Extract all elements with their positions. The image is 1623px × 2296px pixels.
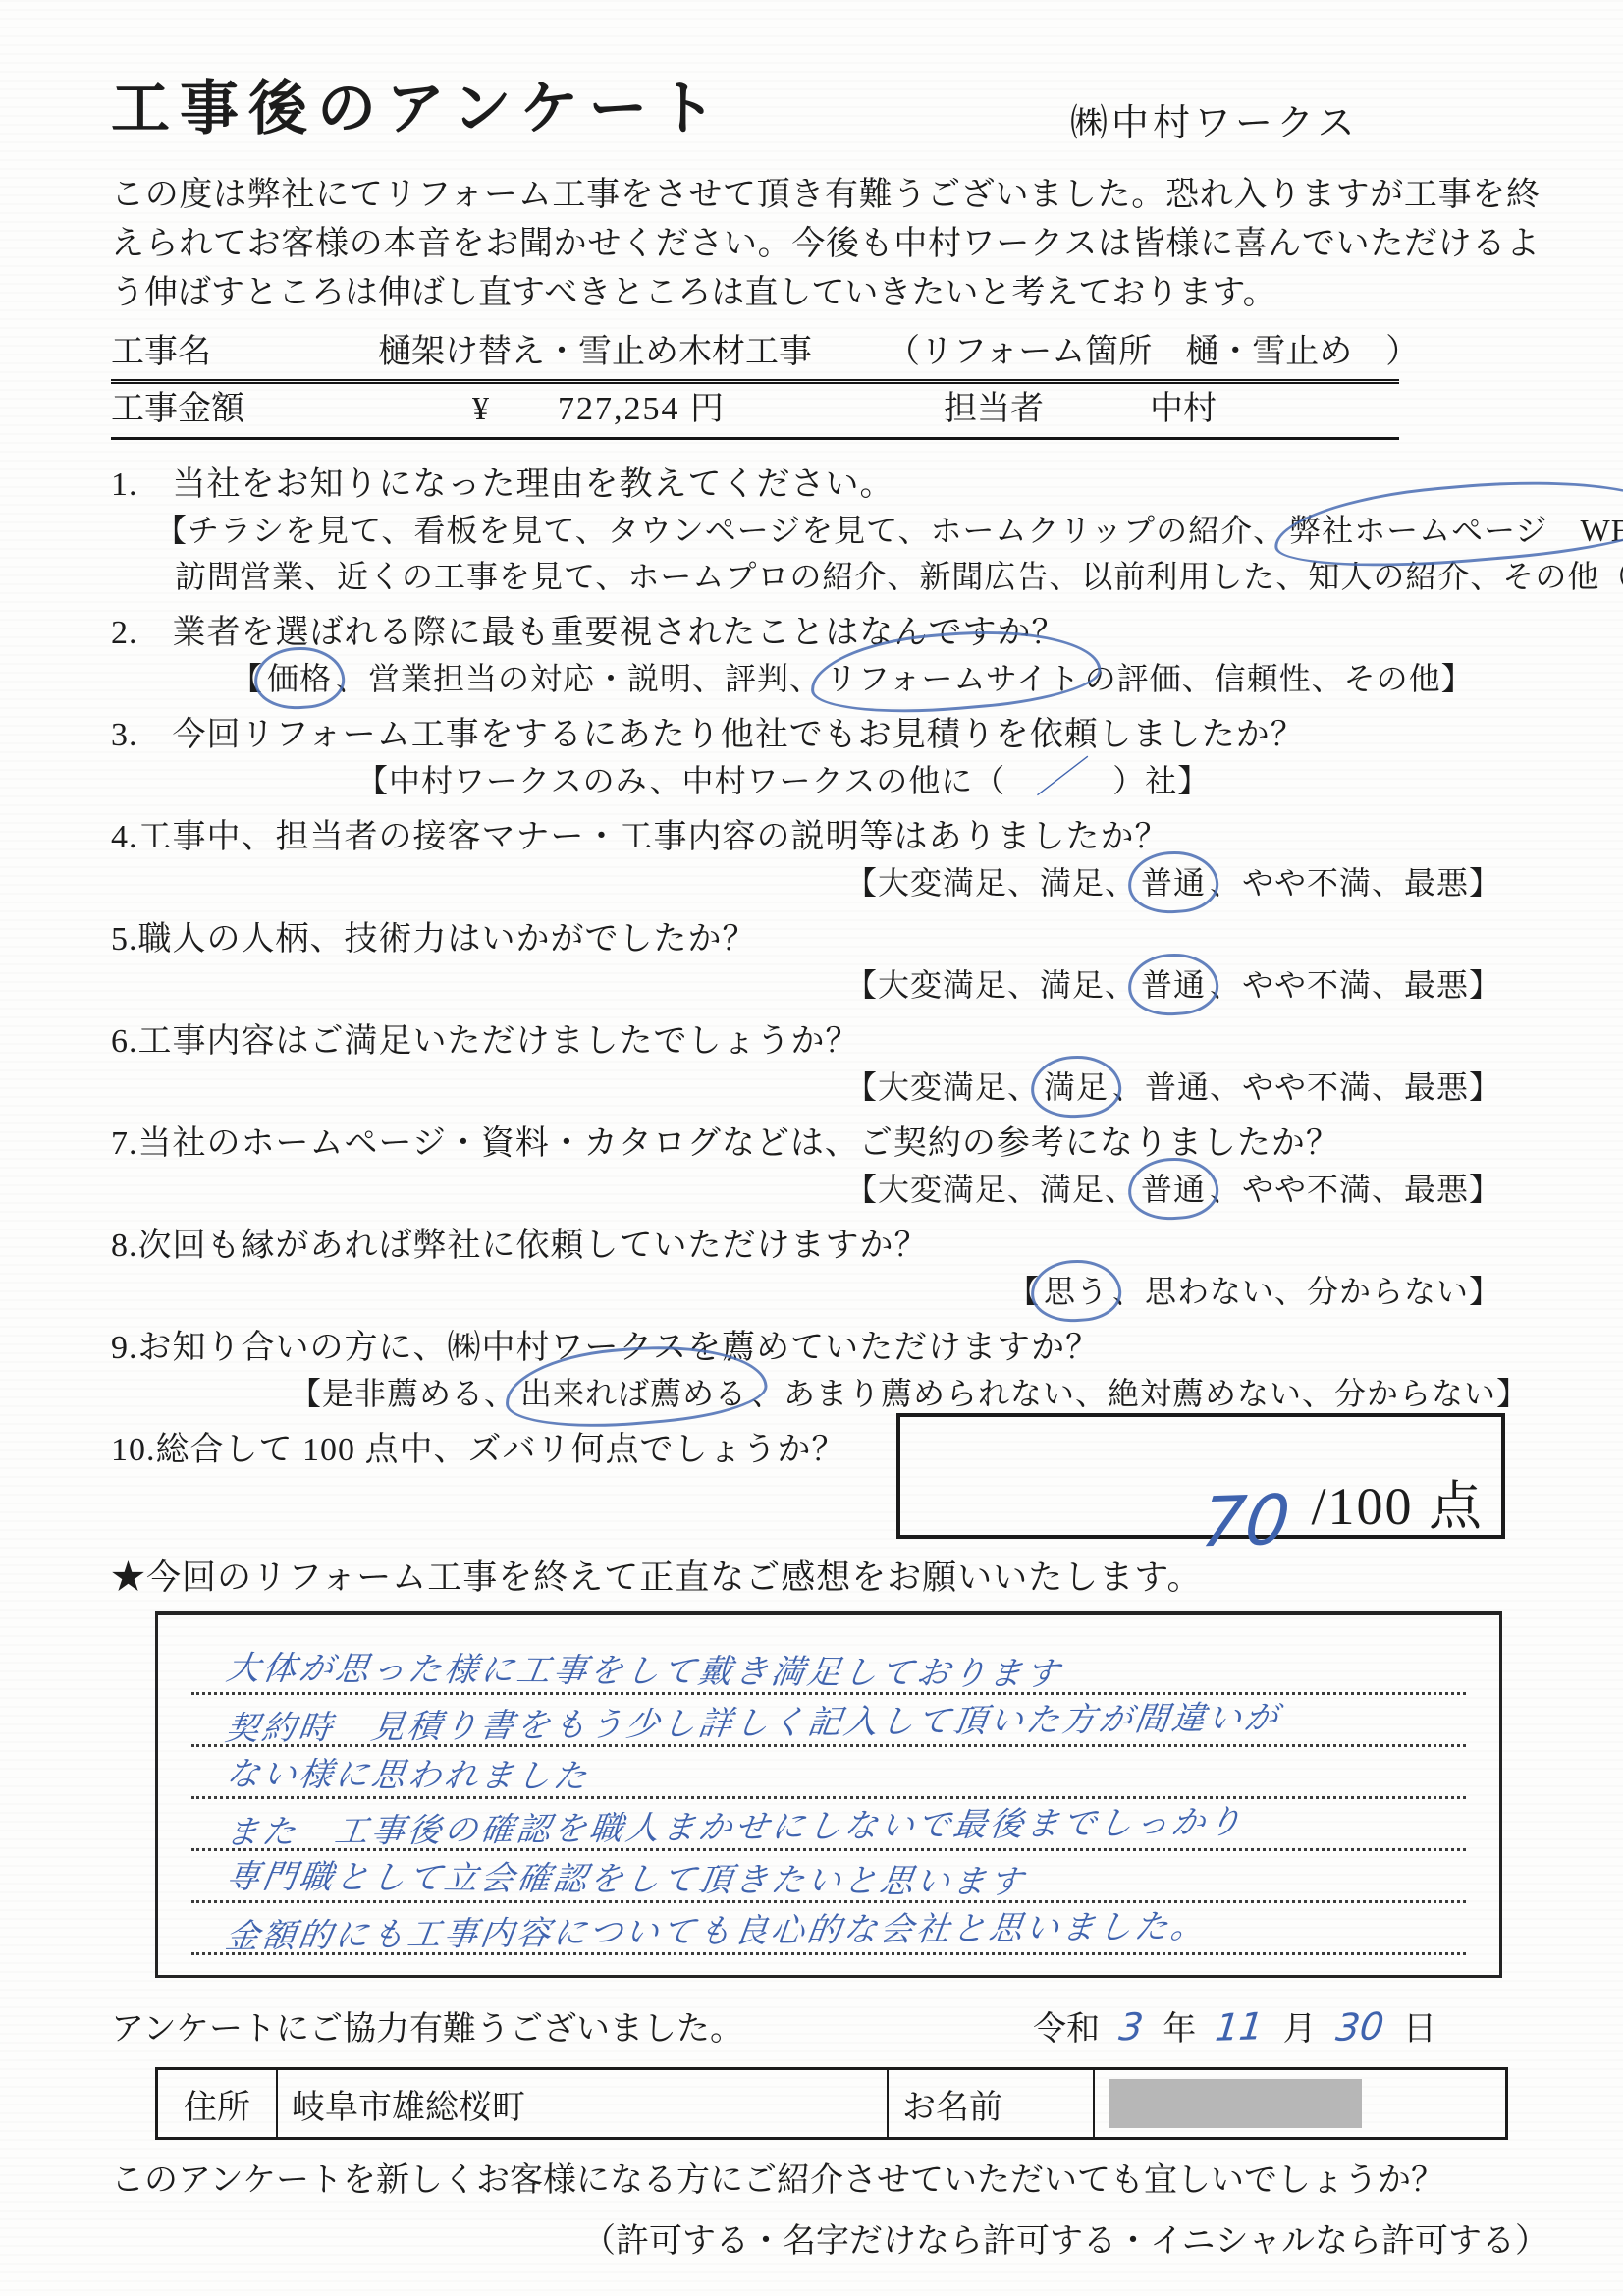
handwritten-score: 70	[1199, 1490, 1293, 1552]
handwritten-month: 11	[1214, 2002, 1267, 2051]
page-title: 工事後のアンケート	[111, 79, 726, 139]
handwritten-comment: 専門職として立会確認をして頂きたいと思います	[224, 1849, 1029, 1903]
question-4: 4.工事中、担当者の接客マナー・工事内容の説明等はありましたか？【大変満足、満足…	[111, 814, 1505, 906]
handwritten-comment: 大体が思った様に工事をして戴き満足しております	[224, 1641, 1065, 1695]
permission-question: このアンケートを新しくお客様になる方にご紹介させていただいても宜しいでしょうか？	[111, 2158, 1623, 2205]
score-denominator: /100 点	[1311, 1480, 1484, 1533]
amount-value: 727,254 円	[558, 384, 726, 435]
handwritten-comment: ない様に思われました	[224, 1747, 594, 1798]
options-line: 【大変満足、満足、普通、やや不満、最悪】	[111, 1065, 1505, 1111]
comment-line: 金額的にも工事内容についても良心的な会社と思いました。	[191, 1903, 1466, 1955]
survey-page: 工事後のアンケート ㈱中村ワークス この度は弊社にてリフォーム工事をさせて頂き有…	[0, 0, 1623, 2296]
circled-answer: 満足	[1040, 1065, 1112, 1111]
circled-answer: 弊社ホームページ WEB	[1285, 508, 1623, 554]
options-line: 【中村ワークスのみ、中村ワークスの他に（ ／ ）社】	[111, 758, 1505, 804]
options-line: 【是非薦める、出来れば薦める、あまり薦められない、絶対薦めない、分からない】	[111, 1371, 1505, 1417]
question-text: 4.工事中、担当者の接客マナー・工事内容の説明等はありましたか？	[111, 814, 1505, 860]
question-text: 6.工事内容はご満足いただけましたでしょうか？	[111, 1018, 1505, 1065]
comment-line: 契約時 見積り書をもう少し詳しく記入して頂いた方が間違いが	[191, 1695, 1466, 1747]
question-text: 5.職人の人柄、技術力はいかがでしたか？	[111, 916, 1505, 962]
address-value: 岐阜市雄総桜町	[278, 2070, 887, 2137]
question-3: 3. 今回リフォーム工事をするにあたり他社でもお見積りを依頼しましたか？【中村ワ…	[111, 712, 1505, 804]
project-name-label: 工事名	[111, 330, 211, 375]
date-line: 令和 3 年 11 月 30 日	[1033, 2003, 1436, 2053]
footer-thanks-line: アンケートにご協力有難うございました。 令和 3 年 11 月 30 日	[111, 2003, 1505, 2053]
handwritten-comment: 金額的にも工事内容についても良心的な会社と思いました。	[223, 1899, 1211, 1957]
circled-answer: 思う	[1040, 1269, 1112, 1315]
question-5: 5.職人の人柄、技術力はいかがでしたか？【大変満足、満足、普通、やや不満、最悪】	[111, 916, 1505, 1009]
handwritten-day: 30	[1333, 2002, 1386, 2051]
permission-options: （許可する・名字だけなら許可する・イニシャルなら許可する）	[582, 2218, 1623, 2266]
circled-answer: 普通	[1137, 860, 1210, 906]
amount-label: 工事金額	[111, 384, 244, 435]
day-unit: 日	[1403, 2006, 1436, 2053]
question-1: 1. 当社をお知りになった理由を教えてください。【チラシを見て、看板を見て、タウ…	[111, 462, 1505, 600]
score-box: 70/100 点	[896, 1413, 1505, 1539]
options-line: 【大変満足、満足、普通、やや不満、最悪】	[111, 860, 1505, 906]
options-line: 【価格、営業担当の対応・説明、評判、リフォームサイトの評価、信頼性、その他】	[111, 656, 1505, 702]
question-text: 3. 今回リフォーム工事をするにあたり他社でもお見積りを依頼しましたか？	[111, 712, 1505, 758]
project-info-table: 工事名 樋架け替え・雪止め木材工事 （リフォーム箇所 樋・雪止め ） 工事金額 …	[111, 330, 1399, 440]
handwritten-comment: 契約時 見積り書をもう少し詳しく記入して頂いた方が間違いが	[223, 1690, 1284, 1749]
comment-line: 大体が思った様に工事をして戴き満足しております	[191, 1643, 1466, 1695]
question-text: 2. 業者を選ばれる際に最も重要視されたことはなんですか？	[111, 610, 1505, 656]
address-name-table: 住所 岐阜市雄総桜町 お名前	[155, 2067, 1508, 2140]
question-8: 8.次回も縁があれば弊社に依頼していただけますか？【思う、思わない、分からない】	[111, 1223, 1505, 1315]
era-label: 令和	[1033, 2006, 1100, 2053]
question-text: 1. 当社をお知りになった理由を教えてください。	[111, 462, 1505, 508]
name-cell	[1095, 2070, 1505, 2137]
options-line: 【思う、思わない、分からない】	[111, 1269, 1505, 1315]
currency-symbol: ¥	[472, 384, 489, 435]
options-line: 【大変満足、満足、普通、やや不満、最悪】	[111, 1167, 1505, 1213]
handwritten-comment: また 工事後の確認を職人まかせにしないで最後までしっかり	[223, 1795, 1248, 1854]
question-10: 10.総合して 100 点中、ズバリ何点でしょうか？70/100 点	[111, 1427, 1505, 1539]
header: 工事後のアンケート ㈱中村ワークス	[111, 79, 1623, 141]
project-name-value: 樋架け替え・雪止め木材工事	[378, 330, 812, 375]
comment-line: また 工事後の確認を職人まかせにしないで最後までしっかり	[191, 1799, 1466, 1851]
person-in-charge-label: 担当者	[944, 384, 1044, 435]
intro-paragraph: この度は弊社にてリフォーム工事をさせて頂き有難うございました。恐れ入りますが工事…	[111, 171, 1540, 318]
comment-line: ない様に思われました	[191, 1747, 1466, 1799]
options-line: 【大変満足、満足、普通、やや不満、最悪】	[111, 962, 1505, 1009]
address-label: 住所	[158, 2070, 278, 2137]
handwritten-year: 3	[1117, 2003, 1146, 2051]
redacted-name-box	[1109, 2079, 1362, 2128]
person-in-charge-value: 中村	[1150, 384, 1217, 435]
handwritten-mark: ／	[1037, 762, 1082, 793]
question-text: 8.次回も縁があれば弊社に依頼していただけますか？	[111, 1223, 1505, 1269]
question-9: 9.お知り合いの方に、㈱中村ワークスを薦めていただけますか？【是非薦める、出来れ…	[111, 1325, 1505, 1417]
month-unit: 月	[1283, 2006, 1317, 2053]
comment-line: 専門職として立会確認をして頂きたいと思います	[191, 1851, 1466, 1903]
circled-answer: 出来れば薦める	[516, 1371, 751, 1417]
project-amount-row: 工事金額 ¥ 727,254 円 担当者 中村	[111, 384, 1399, 440]
circled-answer: 普通	[1137, 1167, 1210, 1213]
comments-box: 大体が思った様に工事をして戴き満足しております契約時 見積り書をもう少し詳しく記…	[155, 1611, 1502, 1978]
comment-prompt: ★今回のリフォーム工事を終えて正直なご感想をお願いいたします。	[111, 1555, 1623, 1601]
name-label: お名前	[887, 2070, 1095, 2137]
questions-list: 1. 当社をお知りになった理由を教えてください。【チラシを見て、看板を見て、タウ…	[111, 462, 1505, 1539]
project-name-row: 工事名 樋架け替え・雪止め木材工事 （リフォーム箇所 樋・雪止め ）	[111, 330, 1399, 384]
question-text: 10.総合して 100 点中、ズバリ何点でしょうか？	[111, 1427, 896, 1473]
question-6: 6.工事内容はご満足いただけましたでしょうか？【大変満足、満足、普通、やや不満、…	[111, 1018, 1505, 1111]
question-7: 7.当社のホームページ・資料・カタログなどは、ご契約の参考になりましたか？【大変…	[111, 1121, 1505, 1213]
circled-answer: リフォームサイト	[822, 656, 1085, 702]
question-2: 2. 業者を選ばれる際に最も重要視されたことはなんですか？【価格、営業担当の対応…	[111, 610, 1505, 702]
circled-answer: 価格	[263, 656, 336, 702]
question-text: 9.お知り合いの方に、㈱中村ワークスを薦めていただけますか？	[111, 1325, 1505, 1371]
year-unit: 年	[1163, 2006, 1196, 2053]
options-line: 訪問営業、近くの工事を見て、ホームプロの紹介、新聞広告、以前利用した、知人の紹介…	[111, 554, 1505, 600]
company-name: ㈱中村ワークス	[1070, 92, 1359, 146]
reform-location: （リフォーム箇所 樋・雪止め ）	[887, 330, 1419, 375]
circled-answer: 普通	[1137, 962, 1210, 1009]
options-line: 【チラシを見て、看板を見て、タウンページを見て、ホームクリップの紹介、弊社ホーム…	[111, 508, 1505, 554]
question-text: 7.当社のホームページ・資料・カタログなどは、ご契約の参考になりましたか？	[111, 1121, 1505, 1167]
thanks-text: アンケートにご協力有難うございました。	[111, 2006, 743, 2053]
